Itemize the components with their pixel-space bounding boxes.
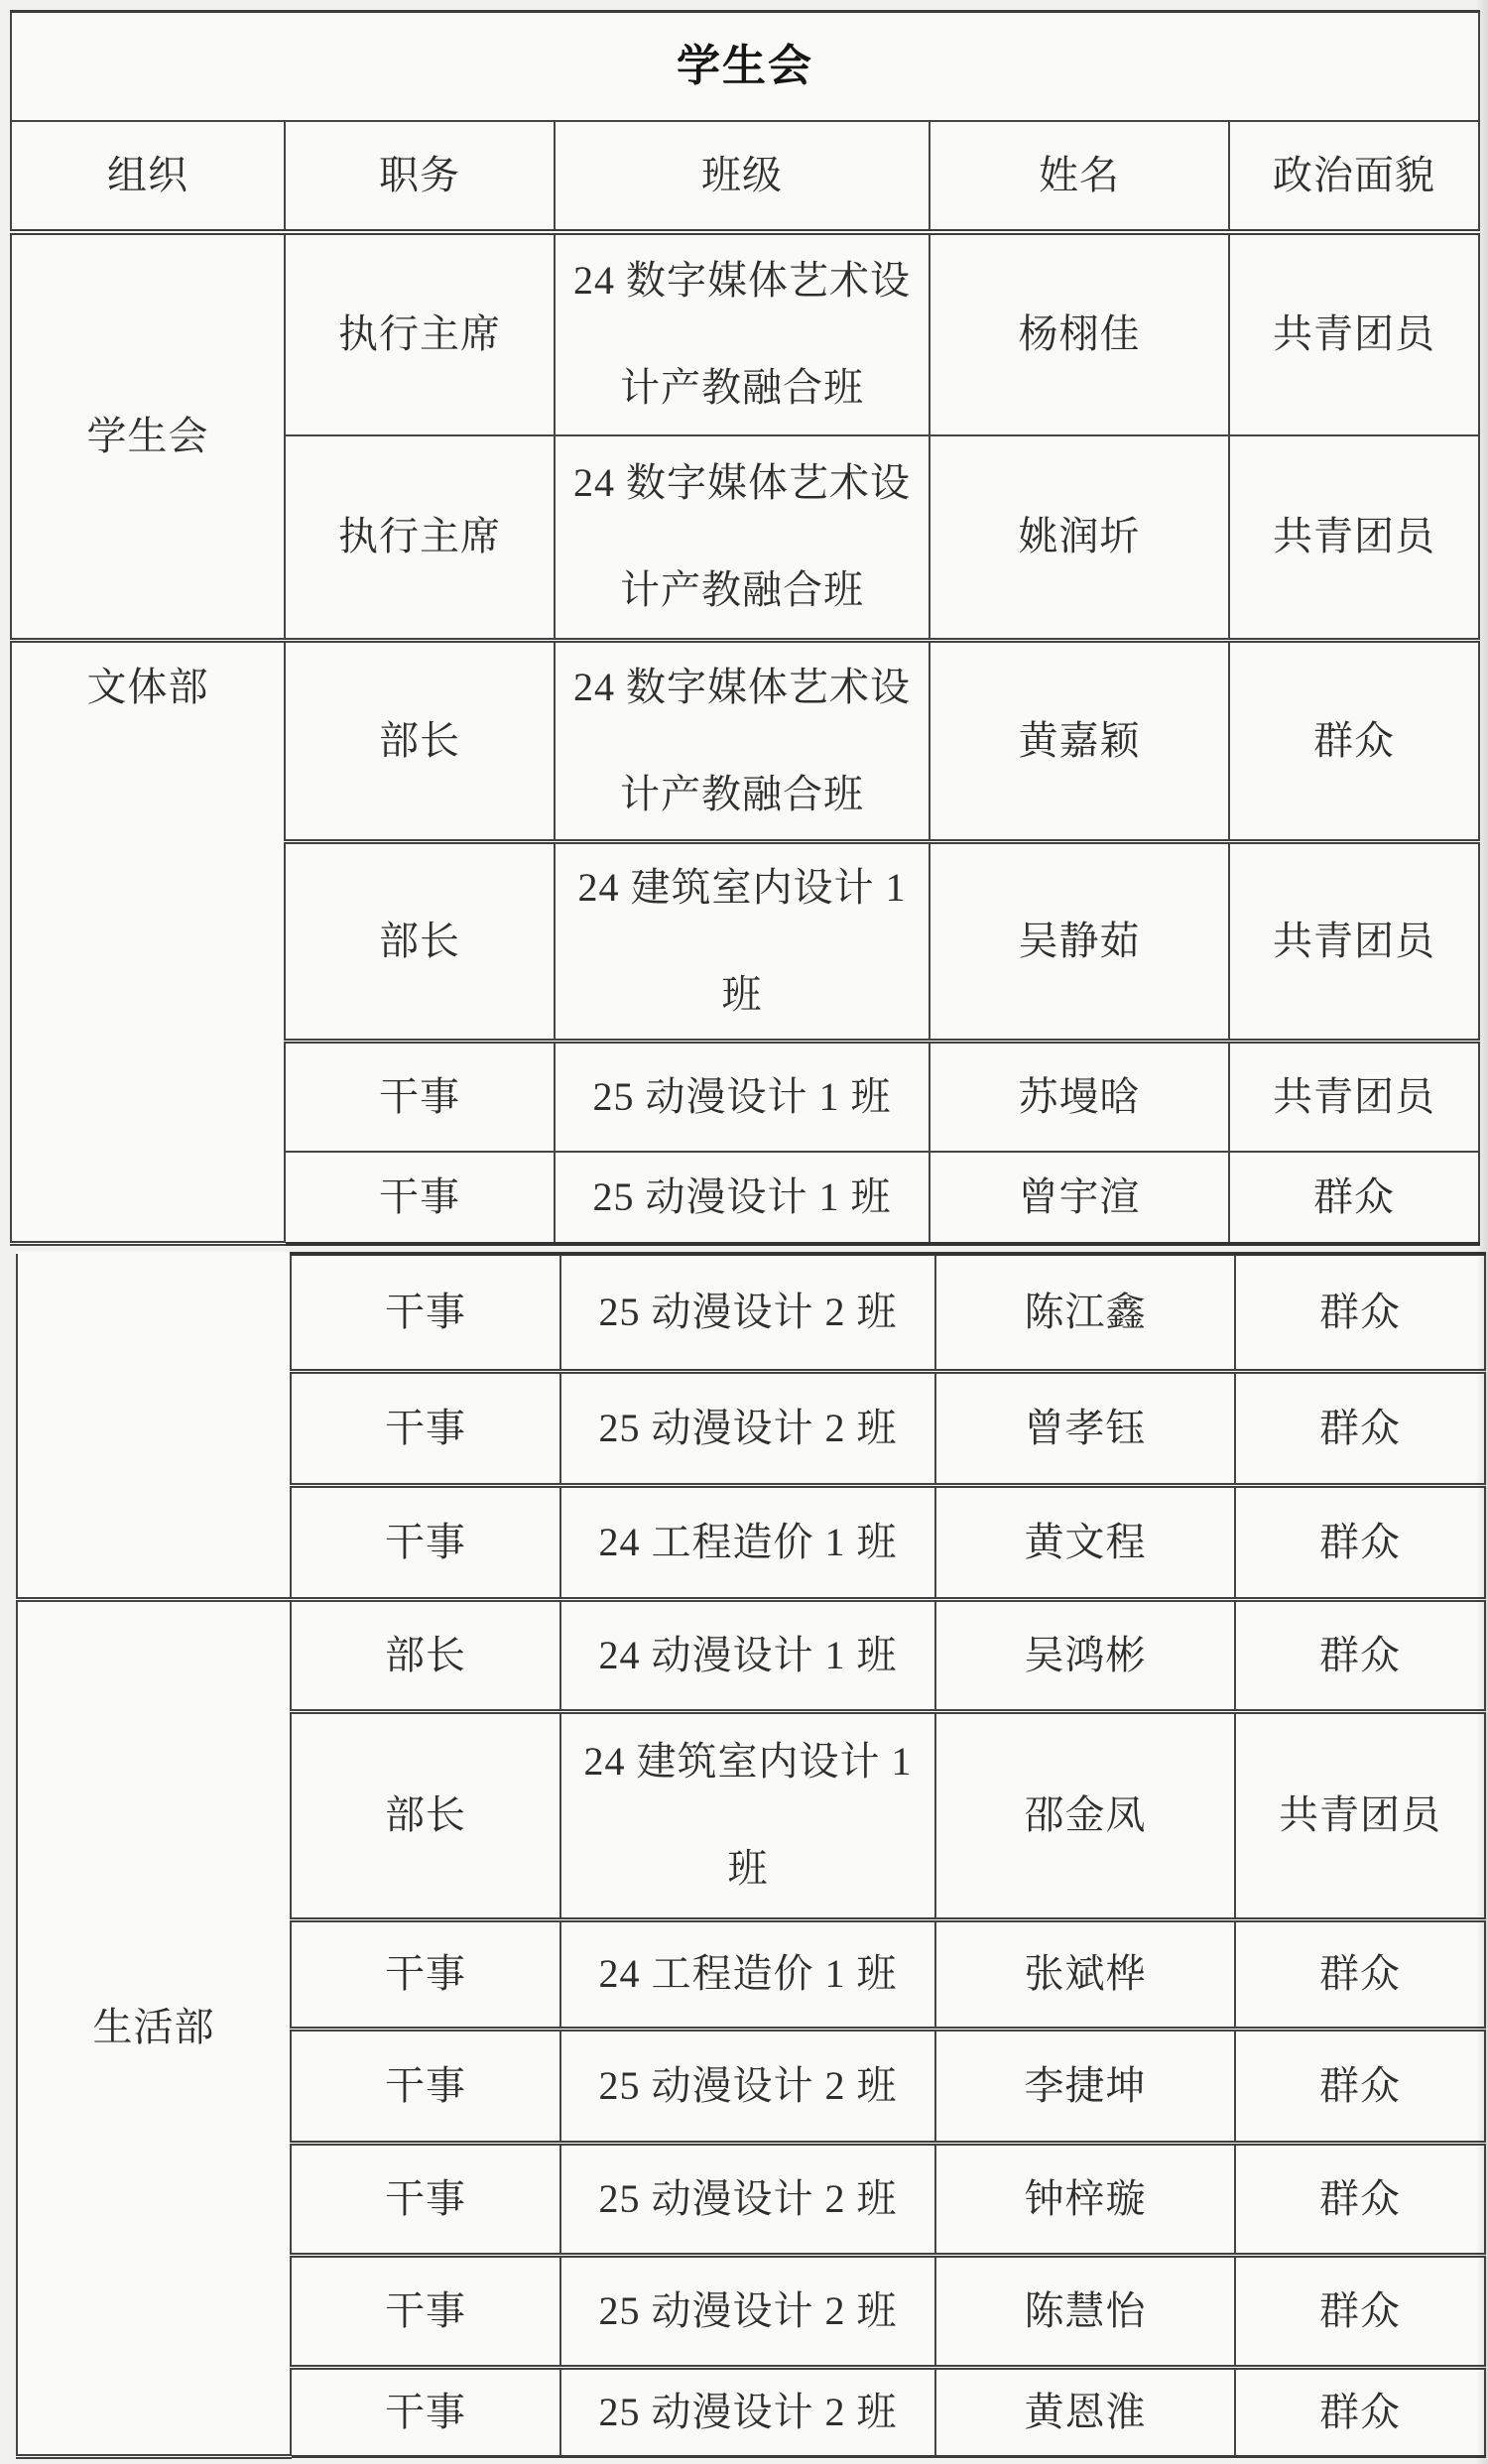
- position-cell: 干事: [291, 1485, 560, 1599]
- position-cell: 执行主席: [285, 232, 555, 435]
- position-cell: 部长: [291, 1599, 560, 1711]
- name-cell: 黄文程: [935, 1485, 1235, 1599]
- name-cell: 张斌桦: [935, 1919, 1235, 2029]
- name-cell: 钟梓璇: [935, 2143, 1235, 2255]
- class-cell: 25 动漫设计 2 班: [560, 2367, 935, 2456]
- org-cell-student-union: 学生会: [11, 232, 285, 641]
- status-cell: 共青团员: [1229, 1042, 1479, 1152]
- name-cell: 邵金凤: [935, 1711, 1235, 1919]
- class-cell: 25 动漫设计 2 班: [560, 1371, 935, 1485]
- status-cell: 群众: [1235, 1485, 1485, 1599]
- status-cell: 群众: [1235, 2367, 1485, 2456]
- class-text: 24 数字媒体艺术设 计产教融合班: [556, 256, 929, 413]
- name-cell: 杨栩佳: [930, 232, 1229, 435]
- name-cell: 陈慧怡: [935, 2255, 1235, 2367]
- name-cell: 曾孝钰: [935, 1371, 1235, 1485]
- status-cell: 群众: [1229, 641, 1479, 842]
- column-header-class: 班级: [555, 121, 930, 232]
- name-cell: 曾宇渲: [930, 1152, 1229, 1244]
- status-cell: 群众: [1235, 2255, 1485, 2367]
- name-cell: 黄恩淮: [935, 2367, 1235, 2456]
- name-cell: 李捷坤: [935, 2029, 1235, 2143]
- status-cell: 群众: [1235, 1371, 1485, 1485]
- class-cell: 25 动漫设计 2 班: [560, 1254, 935, 1371]
- class-text: 24 建筑室内设计 1 班: [556, 863, 929, 1020]
- student-union-table-page1: 学生会 组织 职务 班级 姓名 政治面貌 学生会 执行主席 24 数字媒体艺术设…: [10, 10, 1480, 1246]
- org-cell-wenti: 文体部: [11, 641, 285, 1244]
- status-cell: 群众: [1235, 1919, 1485, 2029]
- position-cell: 干事: [291, 2255, 560, 2367]
- position-cell: 部长: [291, 1711, 560, 1919]
- status-cell: 群众: [1235, 1599, 1485, 1711]
- position-cell: 干事: [291, 1919, 560, 2029]
- class-cell: 25 动漫设计 2 班: [560, 2029, 935, 2143]
- student-union-table-page2: 干事 25 动漫设计 2 班 陈江鑫 群众 干事 25 动漫设计 2 班 曾孝钰…: [16, 1252, 1486, 2459]
- position-cell: 干事: [285, 1042, 555, 1152]
- class-cell: 24 建筑室内设计 1 班: [560, 1711, 935, 1919]
- org-cell-shenghuo: 生活部: [17, 1599, 291, 2456]
- name-cell: 吴静茹: [930, 842, 1229, 1042]
- status-cell: 群众: [1235, 2029, 1485, 2143]
- class-text: 24 建筑室内设计 1 班: [561, 1737, 934, 1894]
- class-cell: 24 数字媒体艺术设 计产教融合班: [555, 232, 930, 435]
- position-cell: 部长: [285, 842, 555, 1042]
- position-cell: 干事: [285, 1152, 555, 1244]
- class-cell: 25 动漫设计 2 班: [560, 2255, 935, 2367]
- position-cell: 部长: [285, 641, 555, 842]
- table-title: 学生会: [11, 12, 1479, 121]
- column-header-position: 职务: [285, 121, 555, 232]
- column-header-political-status: 政治面貌: [1229, 121, 1479, 232]
- name-cell: 陈江鑫: [935, 1254, 1235, 1371]
- status-cell: 群众: [1235, 2143, 1485, 2255]
- class-cell: 24 动漫设计 1 班: [560, 1599, 935, 1711]
- name-cell: 姚润圻: [930, 435, 1229, 641]
- name-cell: 苏墁晗: [930, 1042, 1229, 1152]
- org-cell-continuation: [17, 1254, 291, 1599]
- class-text: 24 数字媒体艺术设 计产教融合班: [556, 663, 929, 819]
- status-cell: 群众: [1229, 1152, 1479, 1244]
- status-cell: 共青团员: [1229, 232, 1479, 435]
- position-cell: 干事: [291, 1254, 560, 1371]
- class-cell: 24 工程造价 1 班: [560, 1919, 935, 2029]
- position-cell: 干事: [291, 2143, 560, 2255]
- page-background: { "document": { "title": "学生会", "columns…: [0, 0, 1488, 2464]
- status-cell: 群众: [1235, 1254, 1485, 1371]
- class-cell: 24 工程造价 1 班: [560, 1485, 935, 1599]
- status-cell: 共青团员: [1235, 1711, 1485, 1919]
- column-header-name: 姓名: [930, 121, 1229, 232]
- class-cell: 25 动漫设计 1 班: [555, 1152, 930, 1244]
- class-cell: 24 数字媒体艺术设 计产教融合班: [555, 641, 930, 842]
- class-cell: 24 建筑室内设计 1 班: [555, 842, 930, 1042]
- position-cell: 干事: [291, 1371, 560, 1485]
- class-cell: 25 动漫设计 1 班: [555, 1042, 930, 1152]
- status-cell: 共青团员: [1229, 842, 1479, 1042]
- position-cell: 干事: [291, 2367, 560, 2456]
- class-text: 24 数字媒体艺术设 计产教融合班: [556, 458, 929, 615]
- class-cell: 24 数字媒体艺术设 计产教融合班: [555, 435, 930, 641]
- position-cell: 干事: [291, 2029, 560, 2143]
- name-cell: 吴鸿彬: [935, 1599, 1235, 1711]
- status-cell: 共青团员: [1229, 435, 1479, 641]
- column-header-organization: 组织: [11, 121, 285, 232]
- position-cell: 执行主席: [285, 435, 555, 641]
- name-cell: 黄嘉颖: [930, 641, 1229, 842]
- class-cell: 25 动漫设计 2 班: [560, 2143, 935, 2255]
